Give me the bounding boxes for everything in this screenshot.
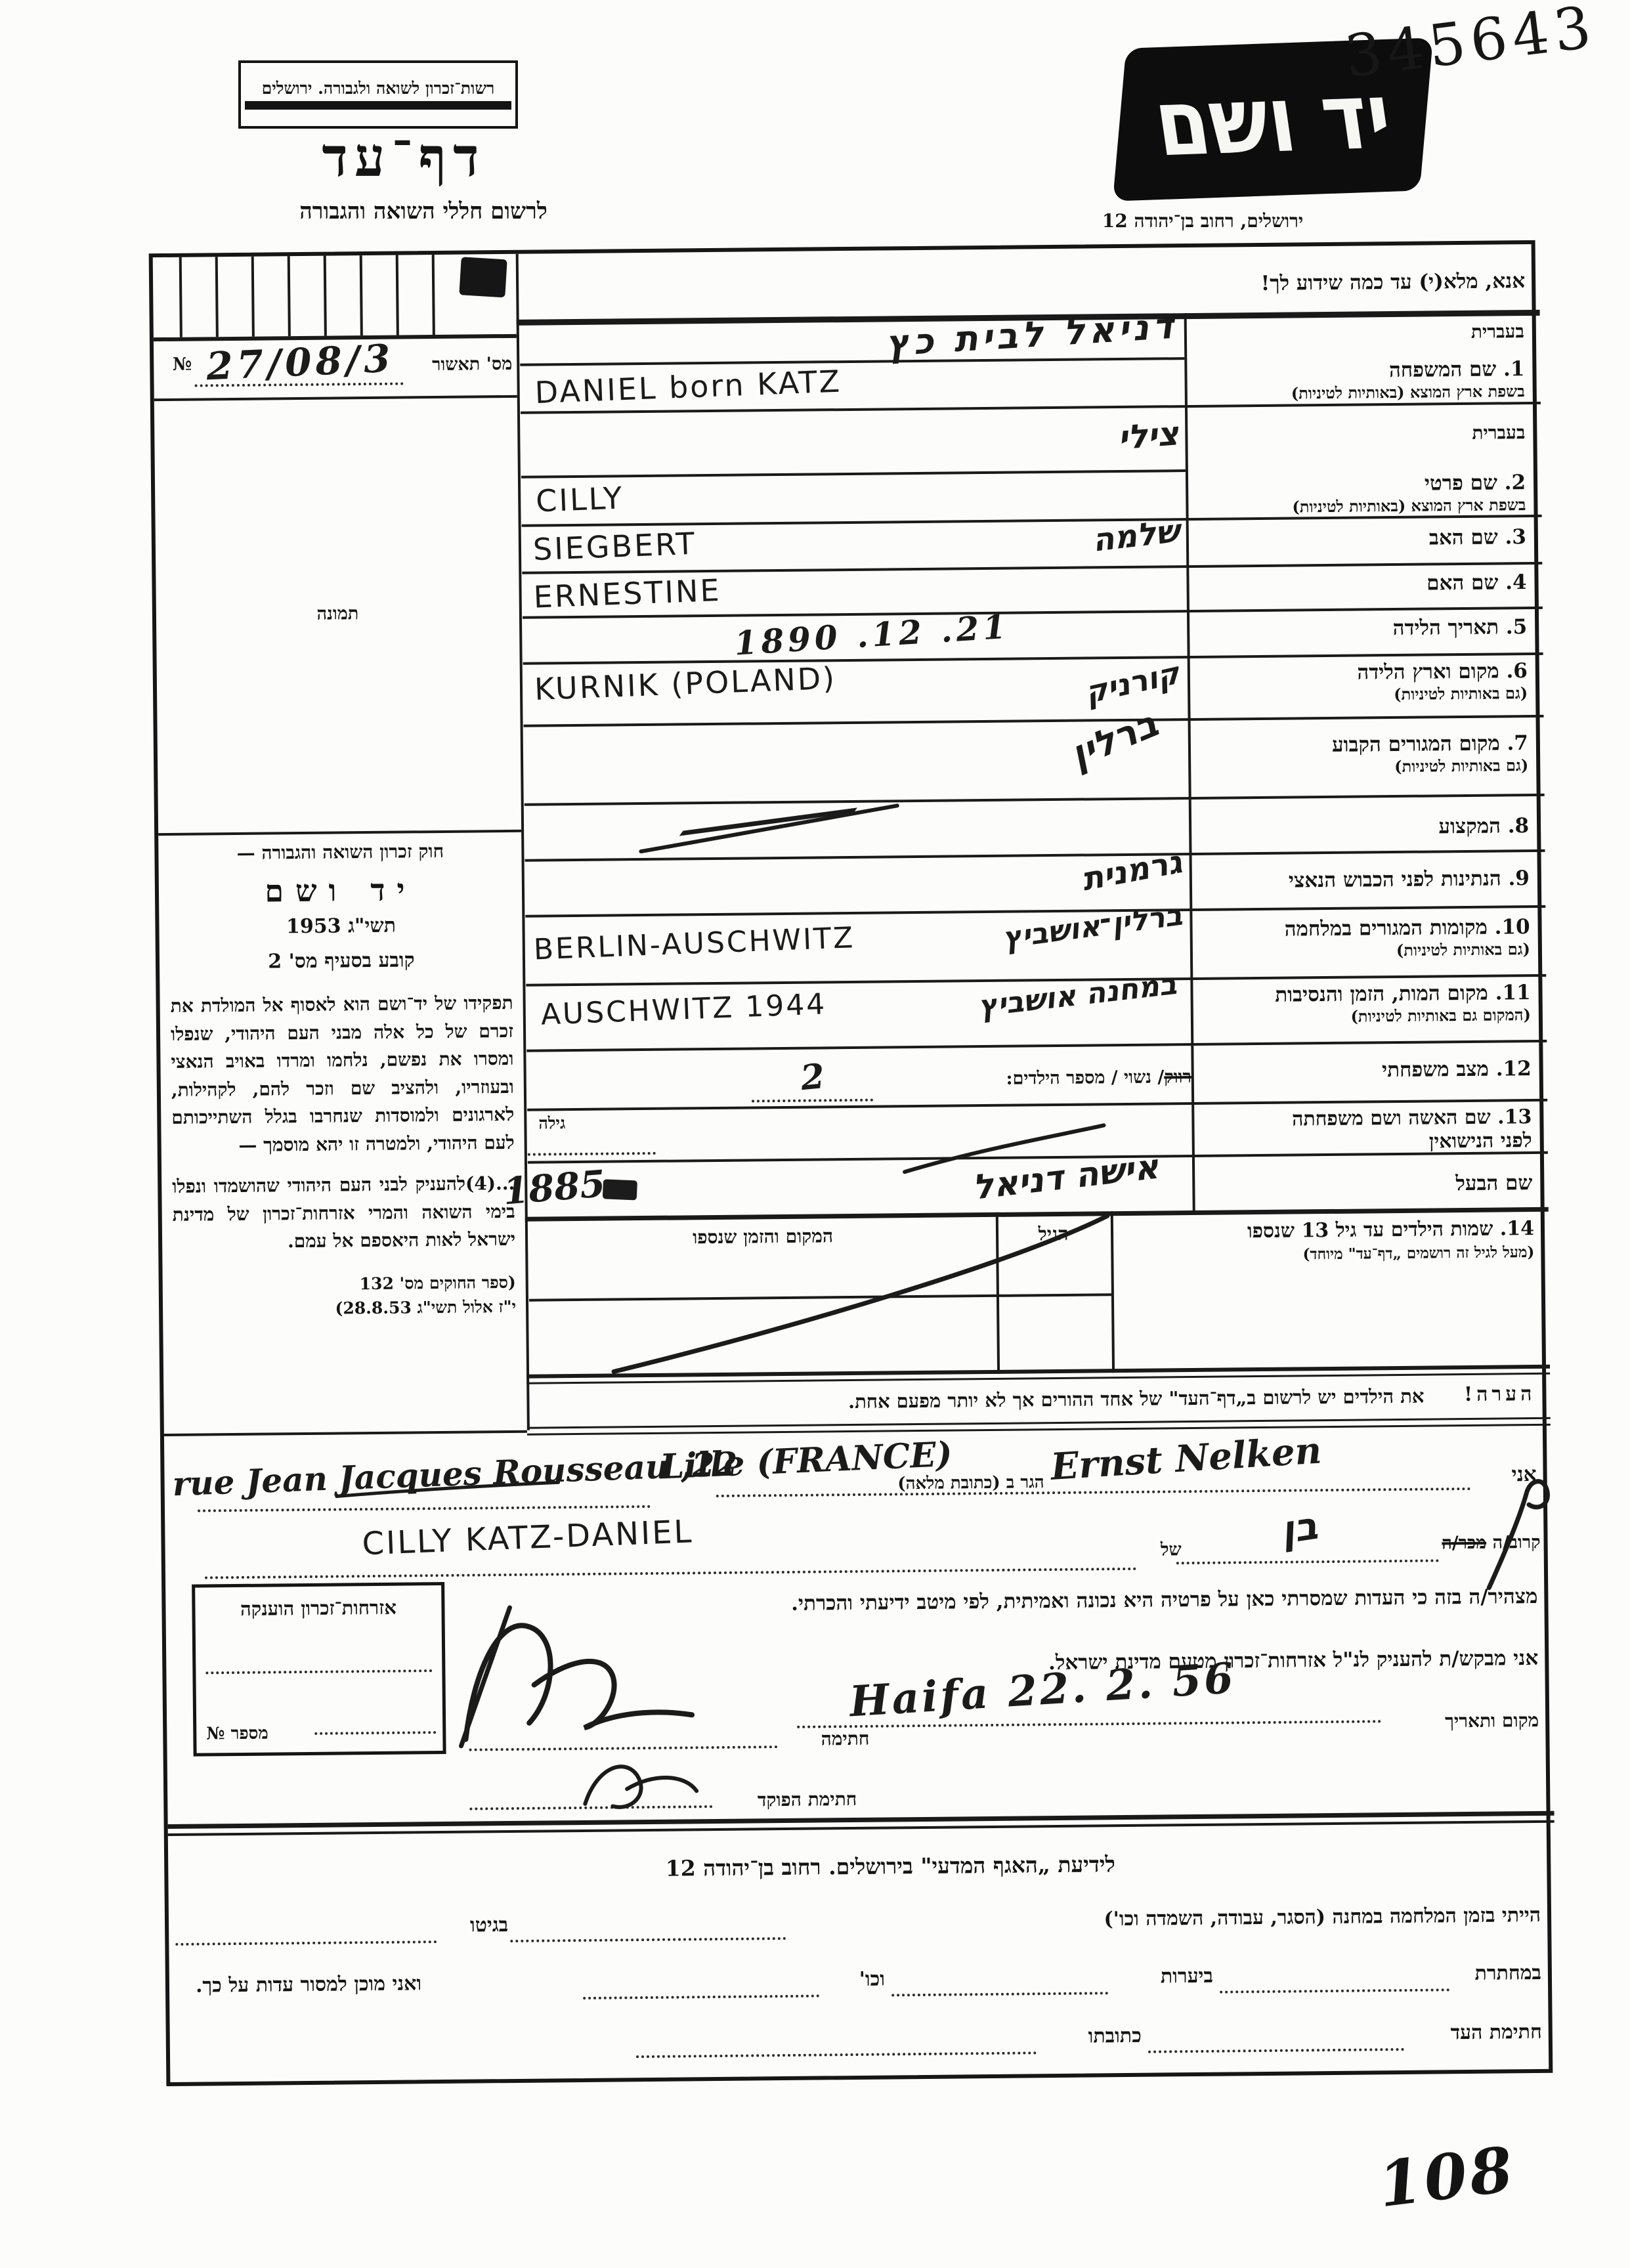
scanned-testimony-page: רשות־זכרון לשואה ולגבורה. ירושלים דף־עד … — [0, 0, 1630, 2268]
witness-signature-label: חתימת העד — [1411, 2021, 1542, 2045]
relation-word: קרוב/ה — [1492, 1532, 1540, 1553]
marital-option-single: רווק — [1164, 1067, 1191, 1087]
father-name-latin-handwritten: SIEGBERT — [532, 526, 697, 567]
witness-signature-stroke — [460, 1608, 511, 1746]
form-title: דף־עד — [299, 126, 509, 189]
victim-name-dotted-line — [205, 1568, 1137, 1579]
ghetto-label: בגיטו — [439, 1914, 508, 1938]
clerk-signature-label: חתימת הפוקד — [719, 1788, 857, 1812]
field12-label: 12. מצב משפחתי — [1197, 1057, 1532, 1084]
law-heading: חוק זכרון השואה והגבורה — — [169, 840, 511, 865]
signature-label: חתימה — [784, 1728, 869, 1751]
witness-name-handwritten: Ernst Nelken — [1050, 1428, 1323, 1488]
writing-line — [521, 469, 1186, 479]
law-source-line2: י"ז אלול תשי"ג 28.8.53) — [173, 1295, 516, 1321]
approval-number-value: 27/08/3 — [205, 336, 395, 389]
comb-line — [432, 255, 435, 335]
hebrew-caption-2: בעברית — [1190, 421, 1525, 446]
field10-sublabel: (גם באותיות לטיניות) — [1195, 940, 1530, 962]
field7-sublabel: (גם באותיות לטיניות) — [1193, 756, 1528, 779]
handwritten-serial-number: 345643 — [1341, 0, 1600, 91]
wife-age-dotted-line — [528, 1152, 656, 1156]
his-address-dotted-line — [636, 2051, 1037, 2058]
comb-line — [360, 255, 363, 335]
field8-label: 8. המקצוע — [1194, 814, 1529, 842]
children-count-dotted-line — [752, 1099, 873, 1103]
scientific-branch-title: לידיעת „האגף המדעי" בירושלים. רחוב בן־יה… — [431, 1849, 1350, 1884]
field5-label: 5. תאריך הלידה — [1192, 615, 1527, 643]
grant-number-sign: № — [206, 1724, 225, 1744]
ghetto-dotted-line — [175, 1940, 437, 1946]
declaration-statement: מצהיר/ה בזה כי העדות שמסרתי כאן על פרטיה… — [533, 1585, 1537, 1619]
clerk-signature-dotted-line — [469, 1805, 712, 1810]
comb-line — [215, 257, 219, 337]
mother-name-latin-handwritten: ERNESTINE — [533, 572, 722, 615]
underground-label: במחתרת — [1456, 1961, 1541, 1986]
law-yad-vashem: יד ושם — [169, 871, 512, 910]
field3-label: 3. שם האב — [1191, 525, 1526, 553]
table-column-line — [1111, 1211, 1115, 1373]
law-clause-heading: קובע בסעיף מס' 2 — [170, 948, 513, 974]
fill-in-instruction: אנא, מלא(י) עד כמה שידוע לך! — [1046, 269, 1525, 298]
field14-label: 14. שמות הילדים עד גיל 13 שנספו — [1121, 1217, 1534, 1245]
testimony-offer-label: ואני מוכן למסור עדות על כך. — [196, 1971, 576, 1998]
camp-dotted-line — [510, 1937, 786, 1942]
underground-dotted-line — [1220, 1988, 1449, 1993]
comb-line — [324, 256, 327, 336]
law-clause-text: ...(4)להעניק לבני העם היהודי שהושמדו ונפ… — [172, 1170, 515, 1257]
field6-label: 6. מקום וארץ הלידה — [1193, 659, 1528, 687]
family-name-latin-handwritten: DANIEL born KATZ — [534, 364, 842, 410]
signature-dotted-line — [469, 1745, 778, 1751]
ink-smudge — [603, 1179, 637, 1200]
field10-label: 10. מקומות המגורים במלחמה — [1195, 915, 1530, 943]
ink-blotch — [459, 257, 507, 297]
form-subtitle: לרשום חללי השואה והגבורה — [253, 198, 594, 225]
note-text: את הילדים יש לרשום ב„דף־העד" של אחד ההור… — [557, 1385, 1424, 1416]
husband-year-handwritten: 1885 — [502, 1162, 607, 1213]
field2-label: 2. שם פרטי — [1191, 471, 1526, 498]
children-age-column-header: הגיל — [996, 1222, 1111, 1245]
approval-number-sign: № — [159, 354, 192, 376]
comb-line — [288, 256, 291, 336]
comb-line — [179, 257, 182, 337]
comb-line — [396, 255, 399, 335]
approval-number-label: מס' תאשור — [408, 354, 512, 376]
photo-placeholder-label: תמונה — [156, 602, 519, 627]
rule — [527, 1417, 1551, 1429]
org-underline-bar — [245, 101, 511, 110]
witness-signature-flourish — [465, 1624, 693, 1740]
relation-struck-word: מכר/ה — [1442, 1533, 1486, 1554]
marital-status-options: רווק/ נשוי / מספר הילדים: — [876, 1067, 1191, 1091]
field6-sublabel: (גם באותיות לטיניות) — [1193, 684, 1528, 706]
death-place-latin-handwritten: AUSCHWITZ 1944 — [540, 987, 827, 1031]
rule — [158, 830, 521, 836]
profession-dash-handwritten: — — [668, 784, 869, 855]
place-date-label: מקום ותאריך — [1394, 1709, 1539, 1733]
declarant-i-label: אני — [1477, 1463, 1536, 1487]
field11-label: 11. מקום המות, הזמן והנסיבות — [1195, 981, 1530, 1008]
law-body-text: תפקידו של יד־ושם הוא לאסוף אל המולדת את … — [170, 989, 514, 1160]
husband-label: שם הבעל — [1197, 1171, 1532, 1199]
birth-place-hebrew-handwritten: קורניק — [1002, 655, 1182, 728]
grant-box-dotted-line — [205, 1669, 432, 1674]
writing-line — [522, 515, 1542, 527]
forests-dotted-line — [891, 1992, 1108, 1996]
grant-box-dotted-line2 — [314, 1731, 436, 1735]
relation-dotted-line — [1176, 1559, 1439, 1564]
etc-label: וכו' — [826, 1968, 885, 1992]
org-name-box: רשות־זכרון לשואה ולגבורה. ירושלים — [238, 60, 518, 129]
rule — [164, 1430, 527, 1436]
his-address-label: כתובתו — [1043, 2024, 1142, 2049]
children-place-column-header: המקום והזמן שנספו — [530, 1224, 996, 1250]
citizenship-grant-box: אזרחות־זכרון הוענקה מספר № — [192, 1582, 446, 1757]
office-address: ירושלים, רחוב בן־יהודה 12 — [1084, 210, 1321, 232]
law-sidebar: חוק זכרון השואה והגבורה — יד ושם תשי"ג 1… — [163, 840, 521, 1321]
testimony-form: № 27/08/3 מס' תאשור תמונה חוק זכרון השוא… — [149, 240, 1553, 2086]
first-name-latin-handwritten: CILLY — [535, 480, 624, 519]
hebrew-caption-1: בעברית — [1190, 320, 1524, 345]
birth-place-latin-handwritten: KURNIK (POLAND) — [534, 660, 837, 707]
address-street-handwritten: 22, rue Jean Jacques Rousseau — [172, 1444, 739, 1503]
grant-number-word: מספר — [230, 1724, 268, 1744]
law-source-line1: (ספר החוקים מס' 132 — [173, 1271, 516, 1297]
grant-box-title: אזרחות־זכרון הוענקה — [195, 1596, 441, 1621]
table-blank-line — [529, 1293, 1111, 1302]
victim-name-handwritten: CILLY KATZ-DANIEL — [362, 1513, 695, 1562]
field7-label: 7. מקום המגורים הקבוע — [1193, 731, 1528, 759]
witness-signature-dotted-line — [1148, 2048, 1404, 2053]
field1-sublabel: בשפת ארץ המוצא (באותיות לטיניות) — [1190, 382, 1525, 404]
note-title: הערה! — [1430, 1382, 1535, 1407]
field14-sublabel: (מעל לגיל זה רושמים „דף־עד" מיוחד) — [1121, 1243, 1534, 1266]
heavy-rule — [526, 1365, 1550, 1379]
org-name: רשות־זכרון לשואה ולגבורה. ירושלים — [241, 76, 515, 100]
grant-box-number-label: מספר № — [206, 1724, 268, 1744]
rule — [154, 395, 517, 401]
field4-label: 4. שם האם — [1191, 570, 1526, 598]
first-name-hebrew-handwritten: צילי — [1026, 414, 1180, 464]
wartime-residence-hebrew-handwritten: ברלין־אושביץ — [893, 899, 1184, 970]
death-place-hebrew-handwritten: במחנה אושביץ — [881, 968, 1178, 1035]
field9-label: 9. הנתינות לפני הכבוש הנאצי — [1195, 867, 1530, 894]
writing-line — [526, 1040, 1547, 1052]
comb-line — [251, 257, 255, 337]
children-count-handwritten: 2 — [799, 1056, 826, 1098]
field2-sublabel: בשפת ארץ המוצא (באותיות לטיניות) — [1191, 496, 1526, 518]
field11-sublabel: (המקום גם באותיות לטיניות) — [1196, 1006, 1531, 1028]
wife-age-caption: גילה — [538, 1113, 637, 1133]
address-dotted-line — [198, 1505, 651, 1512]
of-label: של — [1142, 1539, 1182, 1561]
relation-value-handwritten: בן — [1278, 1503, 1321, 1552]
witness-name-dotted-line — [716, 1487, 1471, 1497]
marital-options-rest: / נשוי / מספר הילדים: — [1006, 1067, 1164, 1088]
camp-label: הייתי בזמן המלחמה במחנה (הסגר, עבודה, הש… — [792, 1904, 1541, 1935]
forests-label: ביערות — [1115, 1965, 1213, 1989]
wartime-residence-latin-handwritten: BERLIN-AUSCHWITZ — [533, 921, 855, 966]
clerk-signature-flourish — [585, 1766, 697, 1807]
relation-label: קרוב/ה מכר/ה — [1445, 1532, 1540, 1554]
field1-label: 1. שם המשפחה — [1190, 357, 1524, 385]
handwritten-page-number: 108 — [1375, 2133, 1519, 2222]
field13-label: 13. שם האשה ושם משפחתה — [1197, 1105, 1532, 1132]
etc-dotted-line — [583, 1995, 819, 2000]
law-year: תשי"ג 1953 — [169, 913, 512, 939]
